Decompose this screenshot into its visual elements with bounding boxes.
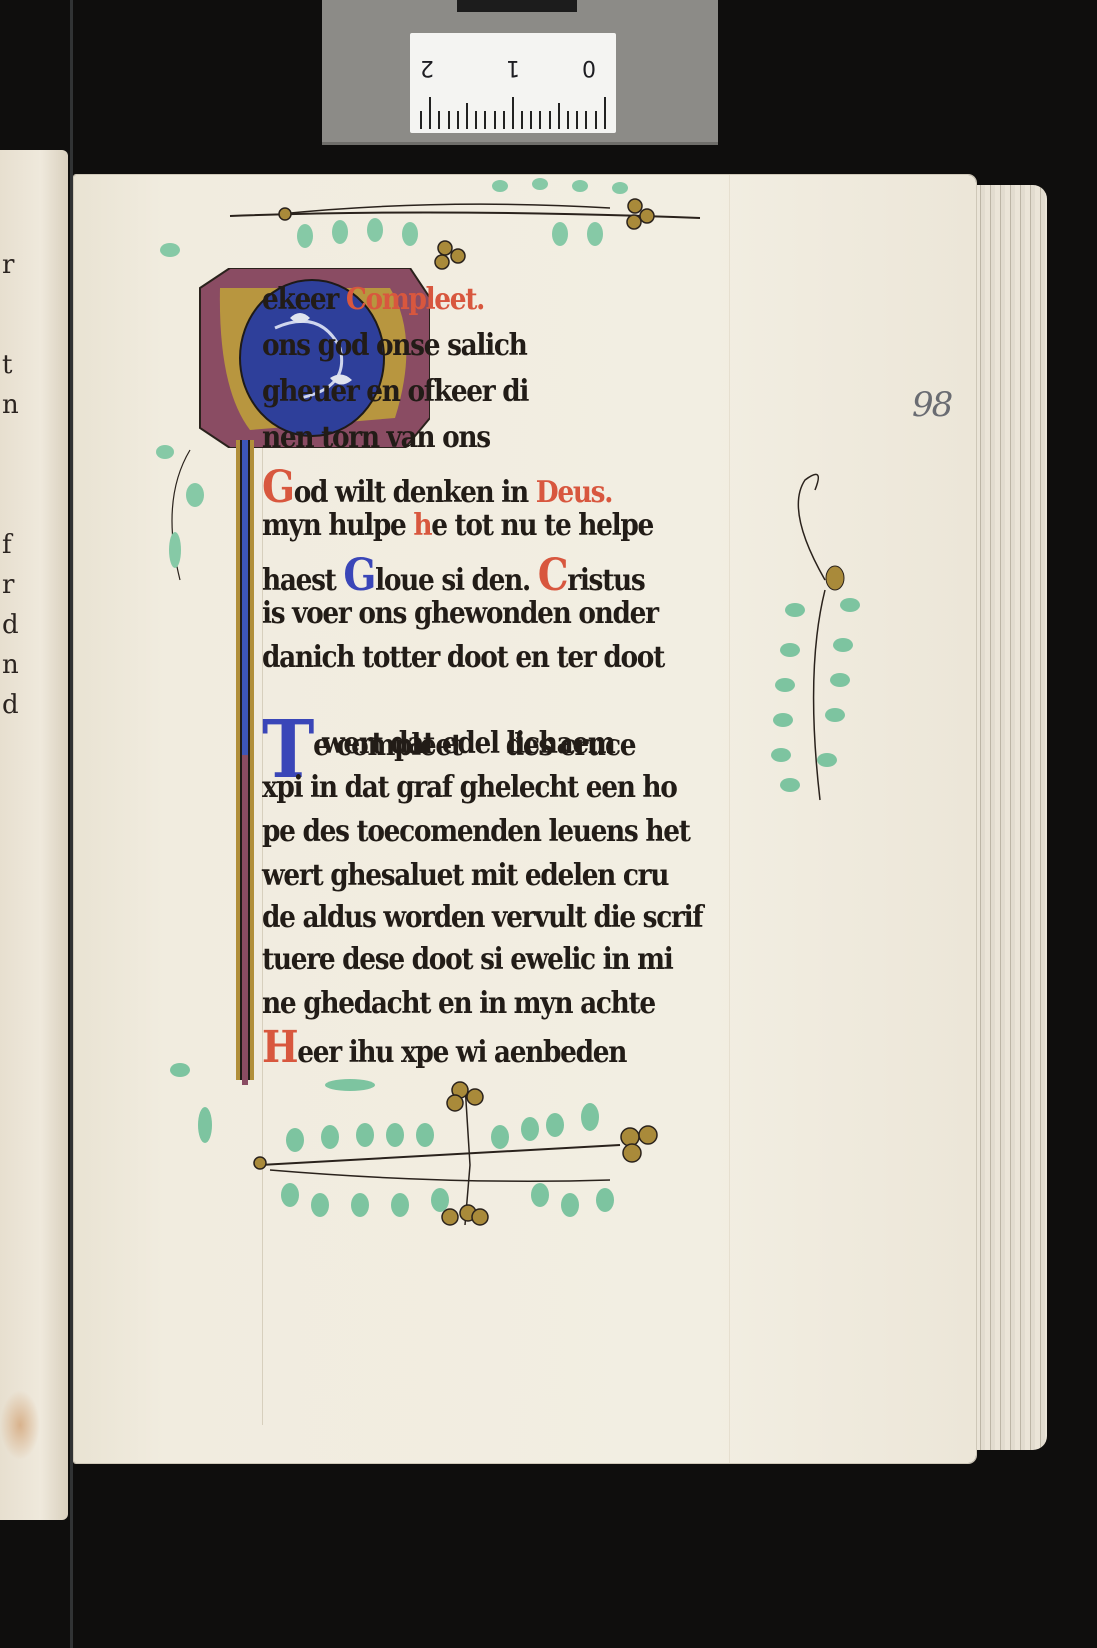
text-line: de aldus worden vervult die scrif	[262, 900, 702, 935]
scale-card: 2 1 0	[322, 0, 718, 145]
stain	[0, 1390, 40, 1460]
ruler-ticks	[420, 93, 606, 129]
ruling-line	[729, 175, 730, 1463]
text-line: ne ghedacht en in myn achte	[262, 986, 655, 1021]
text-line: danich totter doot en ter doot	[262, 640, 664, 675]
text-line: tuere dese doot si ewelic in mi	[262, 942, 672, 977]
text-line: Heer ihu xpe wi aenbeden	[262, 1022, 626, 1073]
text-line: ekeer Compleet.	[262, 282, 484, 317]
blue-initial: G	[343, 550, 375, 601]
clip	[457, 0, 577, 12]
rubric-initial: H	[262, 1022, 297, 1073]
text-line: wert dat edel lichaem	[322, 726, 614, 761]
rubric-initial: C	[538, 550, 568, 601]
rubric-initial: G	[262, 462, 294, 513]
bleed-letter: f	[2, 530, 12, 560]
top-border-spray-icon	[140, 178, 720, 278]
facing-page-left: r t n f r d n d	[0, 150, 68, 1520]
text-line: myn hulpe he tot nu te helpe	[262, 508, 653, 543]
text-line: God wilt denken in Deus.	[262, 462, 612, 513]
bleed-letter: n	[2, 650, 19, 680]
page-edges-stack	[975, 185, 1047, 1450]
text-line: is voer ons ghewonden onder	[262, 596, 658, 631]
text-line: pe des toecomenden leuens het	[262, 814, 690, 849]
glass-plate-edge	[70, 0, 73, 1648]
bleed-letter: n	[2, 390, 19, 420]
bottom-border-spray-icon	[150, 1045, 710, 1265]
ruler-label-1: 1	[506, 55, 520, 80]
border-bar-mauve	[242, 755, 248, 1085]
right-margin-spray-icon	[765, 470, 875, 820]
text-line: ons god onse salich	[262, 328, 526, 363]
bleed-letter: t	[2, 350, 12, 380]
ruler-label-2: 2	[420, 55, 434, 80]
text-line: nen torn van ons	[262, 420, 490, 455]
bleed-letter: d	[2, 610, 19, 640]
bleed-letter: r	[2, 570, 14, 600]
bleed-letter: r	[2, 250, 14, 280]
text-line: gheuer en ofkeer di	[262, 374, 528, 409]
scale-ruler: 2 1 0	[410, 33, 616, 133]
text-line: haest Gloue si den. Cristus	[262, 550, 644, 601]
ruler-label-0: 0	[582, 55, 596, 80]
text-line: wert ghesaluet mit edelen cru	[262, 858, 668, 893]
left-margin-spray-icon	[150, 440, 220, 590]
rubric: Deus.	[536, 475, 612, 510]
bleed-letter: d	[2, 690, 19, 720]
rubric: Compleet.	[346, 282, 484, 317]
text-line: xpi in dat graf ghelecht een ho	[262, 770, 677, 805]
folio-number: 98	[912, 385, 951, 425]
